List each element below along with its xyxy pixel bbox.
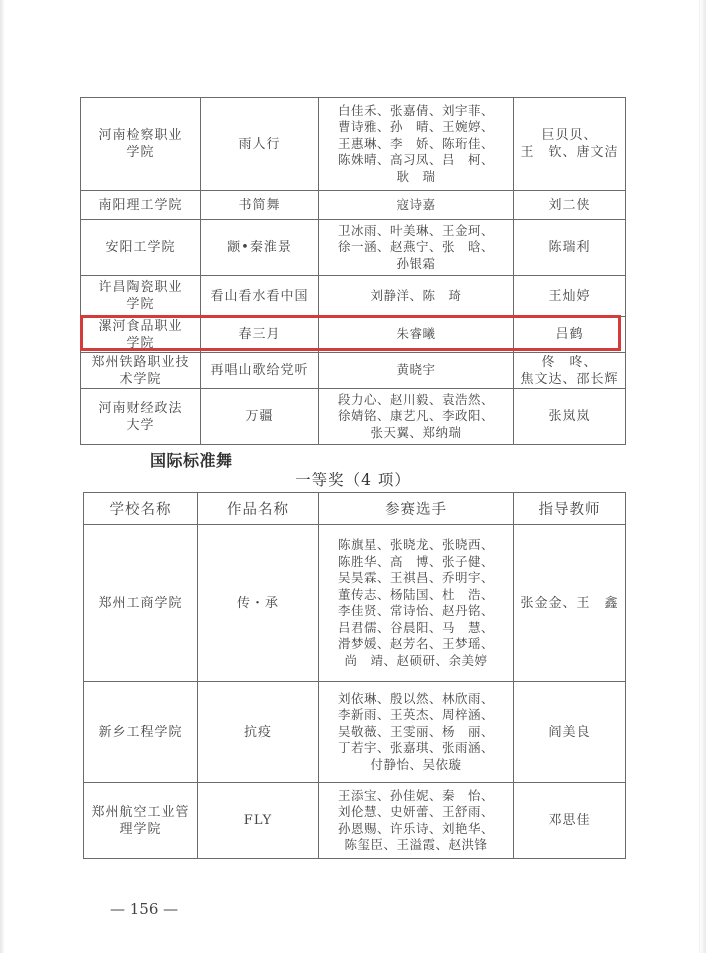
work-cell: 雨人行 <box>201 98 319 191</box>
school-cell: 河南财经政法大学 <box>81 389 201 445</box>
work-cell: 颛•秦淮景 <box>201 220 319 276</box>
table-row: 河南检察职业学院 雨人行 白佳禾、张嘉倩、刘宇菲、 曹诗雅、孙 晴、王婉婷、 王… <box>81 98 626 191</box>
work-cell: 春三月 <box>201 317 319 353</box>
table-row: 许昌陶瓷职业学院 看山看水看中国 刘静洋、陈 琦 王灿婷 <box>81 276 626 317</box>
award-table-continued: 河南检察职业学院 雨人行 白佳禾、张嘉倩、刘宇菲、 曹诗雅、孙 晴、王婉婷、 王… <box>80 97 626 445</box>
school-cell: 河南检察职业学院 <box>81 98 201 191</box>
teachers-cell: 张金金、王 鑫 <box>514 525 626 682</box>
teachers-cell: 刘二侠 <box>514 191 626 220</box>
work-cell: FLY <box>198 783 319 859</box>
school-cell: 郑州航空工业管理学院 <box>84 783 198 859</box>
header-players: 参赛选手 <box>319 493 514 525</box>
work-cell: 再唱山歌给党听 <box>201 353 319 389</box>
award-table-ballroom: 学校名称 作品名称 参赛选手 指导教师 郑州工商学院 传・承 陈旗星、张晓龙、张… <box>83 492 626 859</box>
work-cell: 看山看水看中国 <box>201 276 319 317</box>
work-cell: 传・承 <box>198 525 319 682</box>
teachers-cell: 陈瑞利 <box>514 220 626 276</box>
players-cell: 卫冰雨、叶美琳、王金珂、 徐一涵、赵燕宁、张 晗、 孙银霜 <box>319 220 514 276</box>
school-cell: 漯河食品职业学院 <box>81 317 201 353</box>
table-row: 南阳理工学院 书简舞 寇诗嘉 刘二侠 <box>81 191 626 220</box>
school-cell: 南阳理工学院 <box>81 191 201 220</box>
players-cell: 白佳禾、张嘉倩、刘宇菲、 曹诗雅、孙 晴、王婉婷、 王惠琳、李 娇、陈珩佳、 陈… <box>319 98 514 191</box>
players-cell: 王添宝、孙佳妮、秦 怡、 刘伦慧、史妍蕾、王舒雨、 孙恩赐、许乐诗、刘艳华、 陈… <box>319 783 514 859</box>
players-cell: 黄晓宇 <box>319 353 514 389</box>
teachers-cell: 张岚岚 <box>514 389 626 445</box>
table-row: 河南财经政法大学 万疆 段力心、赵川毅、袁浩然、 徐婧铭、康艺凡、李政阳、 张天… <box>81 389 626 445</box>
work-cell: 万疆 <box>201 389 319 445</box>
header-teachers: 指导教师 <box>514 493 626 525</box>
players-cell: 寇诗嘉 <box>319 191 514 220</box>
table-row-highlighted: 漯河食品职业学院 春三月 朱睿曦 吕鹤 <box>81 317 626 353</box>
page-number: — 156 — <box>110 900 178 918</box>
school-cell: 许昌陶瓷职业学院 <box>81 276 201 317</box>
table-row: 新乡工程学院 抗疫 刘依琳、殷以然、林欣雨、 李新雨、王英杰、周梓涵、 吴敬薇、… <box>84 682 626 783</box>
players-cell: 刘依琳、殷以然、林欣雨、 李新雨、王英杰、周梓涵、 吴敬薇、王雯丽、杨 丽、 丁… <box>319 682 514 783</box>
table-row: 郑州铁路职业技术学院 再唱山歌给党听 黄晓宇 佟 咚、焦文达、邵长辉 <box>81 353 626 389</box>
school-cell: 郑州工商学院 <box>84 525 198 682</box>
players-cell: 段力心、赵川毅、袁浩然、 徐婧铭、康艺凡、李政阳、 张天翼、郑纳瑞 <box>319 389 514 445</box>
teachers-cell: 阎美良 <box>514 682 626 783</box>
players-cell: 朱睿曦 <box>319 317 514 353</box>
players-cell: 刘静洋、陈 琦 <box>319 276 514 317</box>
header-work: 作品名称 <box>198 493 319 525</box>
teachers-cell: 邓思佳 <box>514 783 626 859</box>
award-level-title: 一等奖（4 项） <box>0 468 706 490</box>
teachers-cell: 吕鹤 <box>514 317 626 353</box>
school-cell: 新乡工程学院 <box>84 682 198 783</box>
work-cell: 书简舞 <box>201 191 319 220</box>
teachers-cell: 巨贝贝、王 钦、唐文洁 <box>514 98 626 191</box>
table-row: 郑州航空工业管理学院 FLY 王添宝、孙佳妮、秦 怡、 刘伦慧、史妍蕾、王舒雨、… <box>84 783 626 859</box>
table-header-row: 学校名称 作品名称 参赛选手 指导教师 <box>84 493 626 525</box>
teachers-cell: 佟 咚、焦文达、邵长辉 <box>514 353 626 389</box>
table-row: 安阳工学院 颛•秦淮景 卫冰雨、叶美琳、王金珂、 徐一涵、赵燕宁、张 晗、 孙银… <box>81 220 626 276</box>
teachers-cell: 王灿婷 <box>514 276 626 317</box>
work-cell: 抗疫 <box>198 682 319 783</box>
table-row: 郑州工商学院 传・承 陈旗星、张晓龙、张晓西、 陈胜华、高 博、张子健、 吴昊霖… <box>84 525 626 682</box>
header-school: 学校名称 <box>84 493 198 525</box>
school-cell: 郑州铁路职业技术学院 <box>81 353 201 389</box>
school-cell: 安阳工学院 <box>81 220 201 276</box>
players-cell: 陈旗星、张晓龙、张晓西、 陈胜华、高 博、张子健、 吴昊霖、王祺昌、乔明宇、 董… <box>319 525 514 682</box>
